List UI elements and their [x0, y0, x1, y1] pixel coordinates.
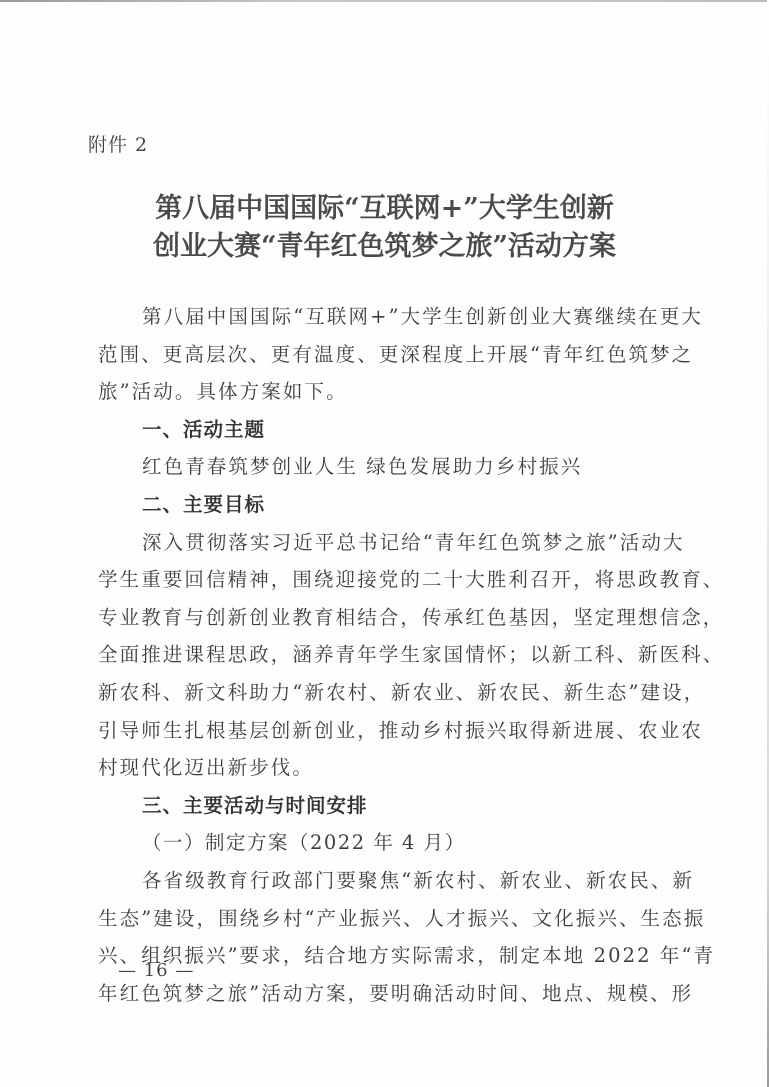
goals-line: 引导师生扎根基层创新创业，推动乡村振兴取得新进展、农业农 [98, 712, 678, 750]
scan-top-edge [0, 0, 769, 2]
attachment-label: 附件 2 [88, 130, 148, 157]
theme-line: 红色青春筑梦创业人生 绿色发展助力乡村振兴 [98, 448, 678, 486]
section-heading-activities: 三、主要活动与时间安排 [98, 787, 678, 825]
page-number: — 16 — [118, 960, 194, 981]
goals-line: 新农科、新文科助力“新农村、新农业、新农民、新生态”建设， [98, 674, 678, 712]
document-body: 第八届中国国际“互联网+”大学生创新创业大赛继续在更大 范围、更高层次、更有温度… [98, 298, 678, 1012]
subsection-heading-plan: （一）制定方案（2022 年 4 月） [98, 824, 678, 862]
goals-line: 深入贯彻落实习近平总书记给“青年红色筑梦之旅”活动大 [98, 524, 678, 562]
section-heading-theme: 一、活动主题 [98, 411, 678, 449]
intro-line: 第八届中国国际“互联网+”大学生创新创业大赛继续在更大 [98, 298, 678, 336]
goals-line: 专业教育与创新创业教育相结合，传承红色基因，坚定理想信念， [98, 599, 678, 637]
section-heading-goals: 二、主要目标 [98, 486, 678, 524]
goals-line: 学生重要回信精神，围绕迎接党的二十大胜利召开，将思政教育、 [98, 561, 678, 599]
goals-line: 全面推进课程思政，涵养青年学生家国情怀；以新工科、新医科、 [98, 636, 678, 674]
plan-line: 生态”建设，围绕乡村“产业振兴、人才振兴、文化振兴、生态振 [98, 900, 678, 938]
plan-line: 各省级教育行政部门要聚焦“新农村、新农业、新农民、新 [98, 862, 678, 900]
goals-line: 村现代化迈出新步伐。 [98, 749, 678, 787]
title-line: 第八届中国国际“互联网+”大学生创新 [0, 190, 769, 228]
title-line: 创业大赛“青年红色筑梦之旅”活动方案 [0, 228, 769, 266]
intro-line: 旅”活动。具体方案如下。 [98, 373, 678, 411]
intro-line: 范围、更高层次、更有温度、更深程度上开展“青年红色筑梦之 [98, 336, 678, 374]
document-page: 附件 2 第八届中国国际“互联网+”大学生创新 创业大赛“青年红色筑梦之旅”活动… [0, 0, 769, 1087]
document-title: 第八届中国国际“互联网+”大学生创新 创业大赛“青年红色筑梦之旅”活动方案 [0, 190, 769, 266]
